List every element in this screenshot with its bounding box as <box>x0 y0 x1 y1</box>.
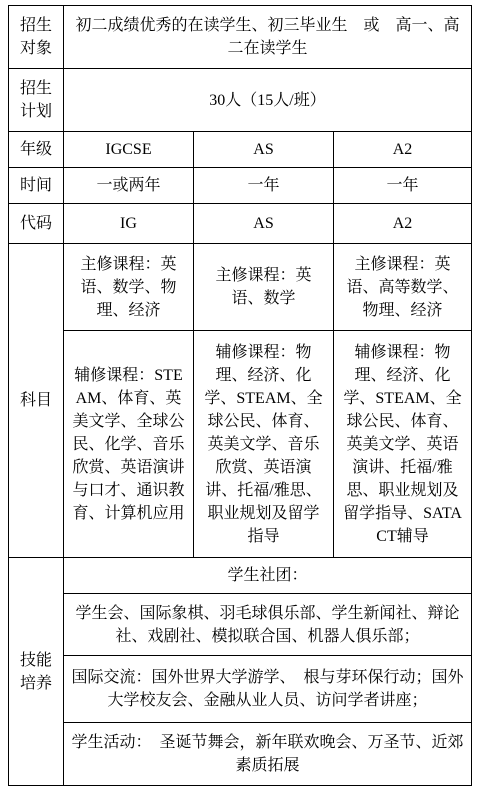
major-courses-col2: 主修课程：英语、数学 <box>194 244 334 331</box>
minor-courses-col1: 辅修课程：STEAM、体育、英美文学、全球公民、化学、音乐欣赏、英语演讲与口才、… <box>64 331 194 558</box>
admission-plan-value: 30人（15人/班） <box>64 69 472 132</box>
code-value-col3: A2 <box>334 204 472 244</box>
row-duration: 时间 一或两年 一年 一年 <box>9 168 472 204</box>
row-label-subjects: 科目 <box>9 244 64 558</box>
duration-value-col2: 一年 <box>194 168 334 204</box>
major-courses-col1: 主修课程：英语、数学、物理、经济 <box>64 244 194 331</box>
duration-value-col1: 一或两年 <box>64 168 194 204</box>
code-value-col1: IG <box>64 204 194 244</box>
row-clubs-list: 学生会、国际象棋、羽毛球俱乐部、学生新闻社、辩论社、戏剧社、模拟联合国、机器人俱… <box>9 594 472 656</box>
international-exchange-value: 国际交流：国外世界大学游学、 根与芽环保行动；国外大学校友会、金融从业人员、访问… <box>64 656 472 723</box>
club-title-value: 学生社团： <box>64 558 472 594</box>
code-value-col2: AS <box>194 204 334 244</box>
grade-value-col3: A2 <box>334 132 472 168</box>
row-international-exchange: 国际交流：国外世界大学游学、 根与芽环保行动；国外大学校友会、金融从业人员、访问… <box>9 656 472 723</box>
grade-value-col2: AS <box>194 132 334 168</box>
row-label-skills: 技能培养 <box>9 558 64 786</box>
row-minor-courses: 辅修课程：STEAM、体育、英美文学、全球公民、化学、音乐欣赏、英语演讲与口才、… <box>9 331 472 558</box>
student-activities-value: 学生活动： 圣诞节舞会，新年联欢晚会、万圣节、近郊素质拓展 <box>64 723 472 786</box>
minor-courses-col2: 辅修课程：物理、经济、化学、STEAM、全球公民、体育、英美文学、音乐欣赏、英语… <box>194 331 334 558</box>
row-label-duration: 时间 <box>9 168 64 204</box>
row-major-courses: 科目 主修课程：英语、数学、物理、经济 主修课程：英语、数学 主修课程：英语、高… <box>9 244 472 331</box>
row-code: 代码 IG AS A2 <box>9 204 472 244</box>
clubs-list-value: 学生会、国际象棋、羽毛球俱乐部、学生新闻社、辩论社、戏剧社、模拟联合国、机器人俱… <box>64 594 472 656</box>
duration-value-col3: 一年 <box>334 168 472 204</box>
row-label-code: 代码 <box>9 204 64 244</box>
admissions-table-container: 招生对象 初二成绩优秀的在读学生、初三毕业生 或 高一、高二在读学生 招生计划 … <box>8 5 472 786</box>
row-admission-plan: 招生计划 30人（15人/班） <box>9 69 472 132</box>
grade-value-col1: IGCSE <box>64 132 194 168</box>
row-student-activities: 学生活动： 圣诞节舞会，新年联欢晚会、万圣节、近郊素质拓展 <box>9 723 472 786</box>
row-label-admission-target: 招生对象 <box>9 6 64 69</box>
row-admission-target: 招生对象 初二成绩优秀的在读学生、初三毕业生 或 高一、高二在读学生 <box>9 6 472 69</box>
row-label-admission-plan: 招生计划 <box>9 69 64 132</box>
major-courses-col3: 主修课程：英语、高等数学、物理、经济 <box>334 244 472 331</box>
admission-target-value: 初二成绩优秀的在读学生、初三毕业生 或 高一、高二在读学生 <box>64 6 472 69</box>
minor-courses-col3: 辅修课程：物理、经济、化学、STEAM、全球公民、体育、英美文学、英语演讲、托福… <box>334 331 472 558</box>
admissions-table: 招生对象 初二成绩优秀的在读学生、初三毕业生 或 高一、高二在读学生 招生计划 … <box>8 5 472 786</box>
row-label-grade: 年级 <box>9 132 64 168</box>
row-grade: 年级 IGCSE AS A2 <box>9 132 472 168</box>
row-club-title: 技能培养 学生社团： <box>9 558 472 594</box>
